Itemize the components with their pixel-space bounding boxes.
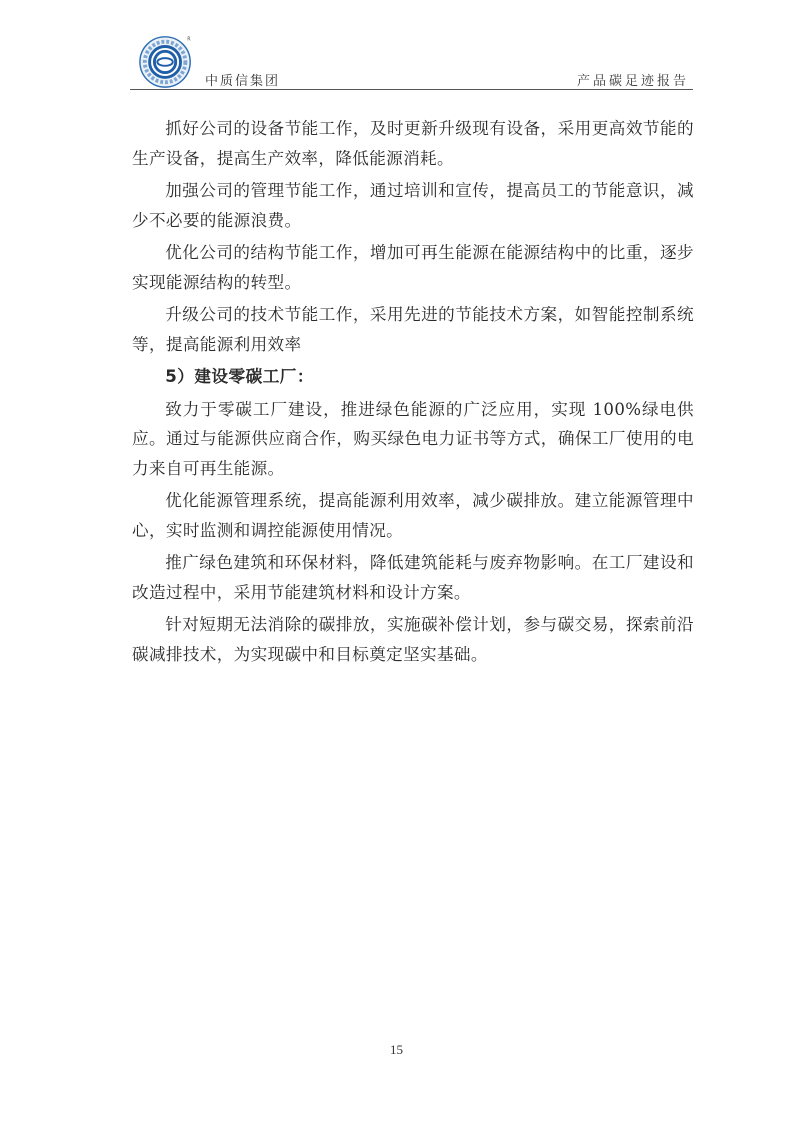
paragraph-technology-energy-saving: 升级公司的技术节能工作，采用先进的节能技术方案，如智能控制系统等，提高能源利用效… — [132, 300, 694, 359]
paragraph-structure-energy-saving: 优化公司的结构节能工作，增加可再生能源在能源结构中的比重，逐步实现能源结构的转型… — [132, 238, 694, 297]
document-body: 抓好公司的设备节能工作，及时更新升级现有设备，采用更高效节能的生产设备，提高生产… — [132, 114, 694, 672]
paragraph-carbon-offset: 针对短期无法消除的碳排放，实施碳补偿计划，参与碳交易，探索前沿碳减排技术，为实现… — [132, 610, 694, 669]
paragraph-green-power: 致力于零碳工厂建设，推进绿色能源的广泛应用，实现 100%绿电供应。通过与能源供… — [132, 395, 694, 484]
paragraph-green-building: 推广绿色建筑和环保材料，降低建筑能耗与废弃物影响。在工厂建设和改造过程中，采用节… — [132, 548, 694, 607]
section-heading-zero-carbon-factory: 5）建设零碳工厂： — [132, 362, 694, 392]
header-divider — [130, 89, 693, 90]
page-header: R 中质信集团 产品碳足迹报告 — [130, 22, 693, 92]
paragraph-energy-management: 优化能源管理系统，提高能源利用效率，减少碳排放。建立能源管理中心，实时监测和调控… — [132, 486, 694, 545]
paragraph-management-energy-saving: 加强公司的管理节能工作，通过培训和宣传，提高员工的节能意识，减少不必要的能源浪费… — [132, 176, 694, 235]
report-title: 产品碳足迹报告 — [577, 70, 689, 89]
svg-text:R: R — [187, 37, 191, 43]
company-logo-icon: R — [138, 32, 196, 90]
paragraph-equipment-energy-saving: 抓好公司的设备节能工作，及时更新升级现有设备，采用更高效节能的生产设备，提高生产… — [132, 114, 694, 173]
page-number: 15 — [0, 1042, 793, 1058]
company-name: 中质信集团 — [205, 70, 280, 89]
